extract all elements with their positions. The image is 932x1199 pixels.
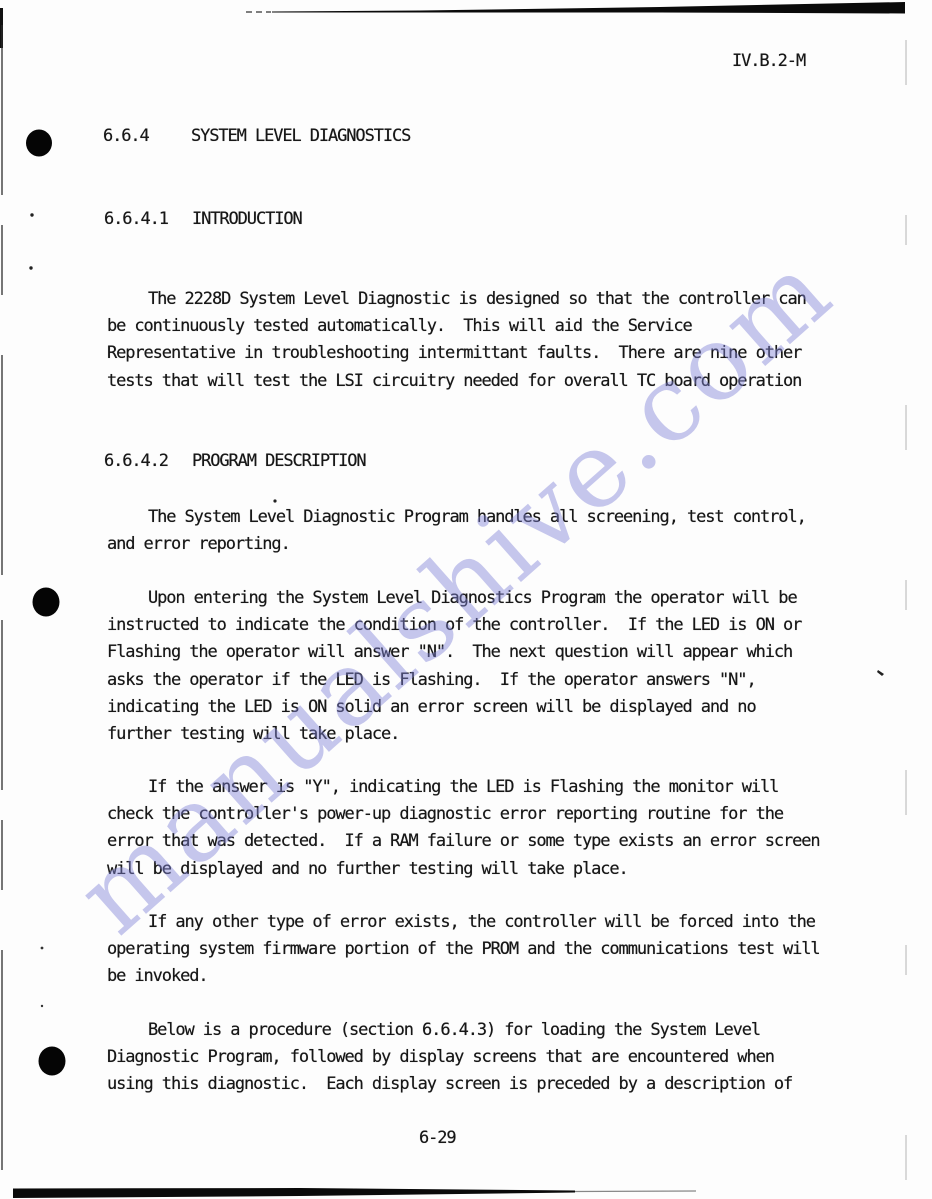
- text-line: Upon entering the System Level Diagnosti…: [107, 585, 801, 612]
- text-line: further testing will take place.: [107, 721, 801, 748]
- text-line: The System Level Diagnostic Program hand…: [107, 504, 806, 531]
- scanned-manual-page: IV.B.2-M 6.6.4 SYSTEM LEVEL DIAGNOSTICS …: [0, 0, 932, 1199]
- text-line: Diagnostic Program, followed by display …: [107, 1044, 792, 1071]
- paragraph-operator-instructions: Upon entering the System Level Diagnosti…: [107, 585, 801, 748]
- text-line: instructed to indicate the condition of …: [107, 612, 801, 639]
- subsection-heading-title: INTRODUCTION: [192, 206, 302, 233]
- paragraph-introduction: The 2228D System Level Diagnostic is des…: [107, 286, 806, 395]
- text-line: Flashing the operator will answer "N". T…: [107, 639, 801, 666]
- page-number: 6-29: [419, 1125, 456, 1152]
- text-line: be continuously tested automatically. Th…: [107, 313, 806, 340]
- text-line: be invoked.: [107, 963, 820, 990]
- page-text-layer: IV.B.2-M 6.6.4 SYSTEM LEVEL DIAGNOSTICS …: [0, 0, 932, 1199]
- text-line: indicating the LED is ON solid an error …: [107, 694, 801, 721]
- text-line: If the answer is "Y", indicating the LED…: [107, 774, 820, 801]
- text-line: and error reporting.: [107, 531, 806, 558]
- section-heading-number: 6.6.4: [103, 123, 149, 150]
- text-line: using this diagnostic. Each display scre…: [107, 1071, 792, 1098]
- subsection-heading-title: PROGRAM DESCRIPTION: [192, 448, 366, 475]
- text-line: error that was detected. If a RAM failur…: [107, 828, 820, 855]
- paragraph-other-errors: If any other type of error exists, the c…: [107, 909, 820, 991]
- text-line: asks the operator if the LED is Flashing…: [107, 667, 801, 694]
- document-reference: IV.B.2-M: [732, 48, 805, 75]
- text-line: operating system firmware portion of the…: [107, 936, 820, 963]
- text-line: Representative in troubleshooting interm…: [107, 340, 806, 367]
- text-line: check the controller's power-up diagnost…: [107, 801, 820, 828]
- text-line: tests that will test the LSI circuitry n…: [107, 368, 806, 395]
- text-line: Below is a procedure (section 6.6.4.3) f…: [107, 1017, 792, 1044]
- subsection-heading-number: 6.6.4.2: [104, 448, 168, 475]
- text-line: The 2228D System Level Diagnostic is des…: [107, 286, 806, 313]
- paragraph-answer-yes: If the answer is "Y", indicating the LED…: [107, 774, 820, 883]
- section-heading-title: SYSTEM LEVEL DIAGNOSTICS: [191, 123, 410, 150]
- text-line: will be displayed and no further testing…: [107, 856, 820, 883]
- paragraph-program-description: The System Level Diagnostic Program hand…: [107, 504, 806, 558]
- text-line: If any other type of error exists, the c…: [107, 909, 820, 936]
- paragraph-procedure-note: Below is a procedure (section 6.6.4.3) f…: [107, 1017, 792, 1099]
- subsection-heading-number: 6.6.4.1: [104, 206, 168, 233]
